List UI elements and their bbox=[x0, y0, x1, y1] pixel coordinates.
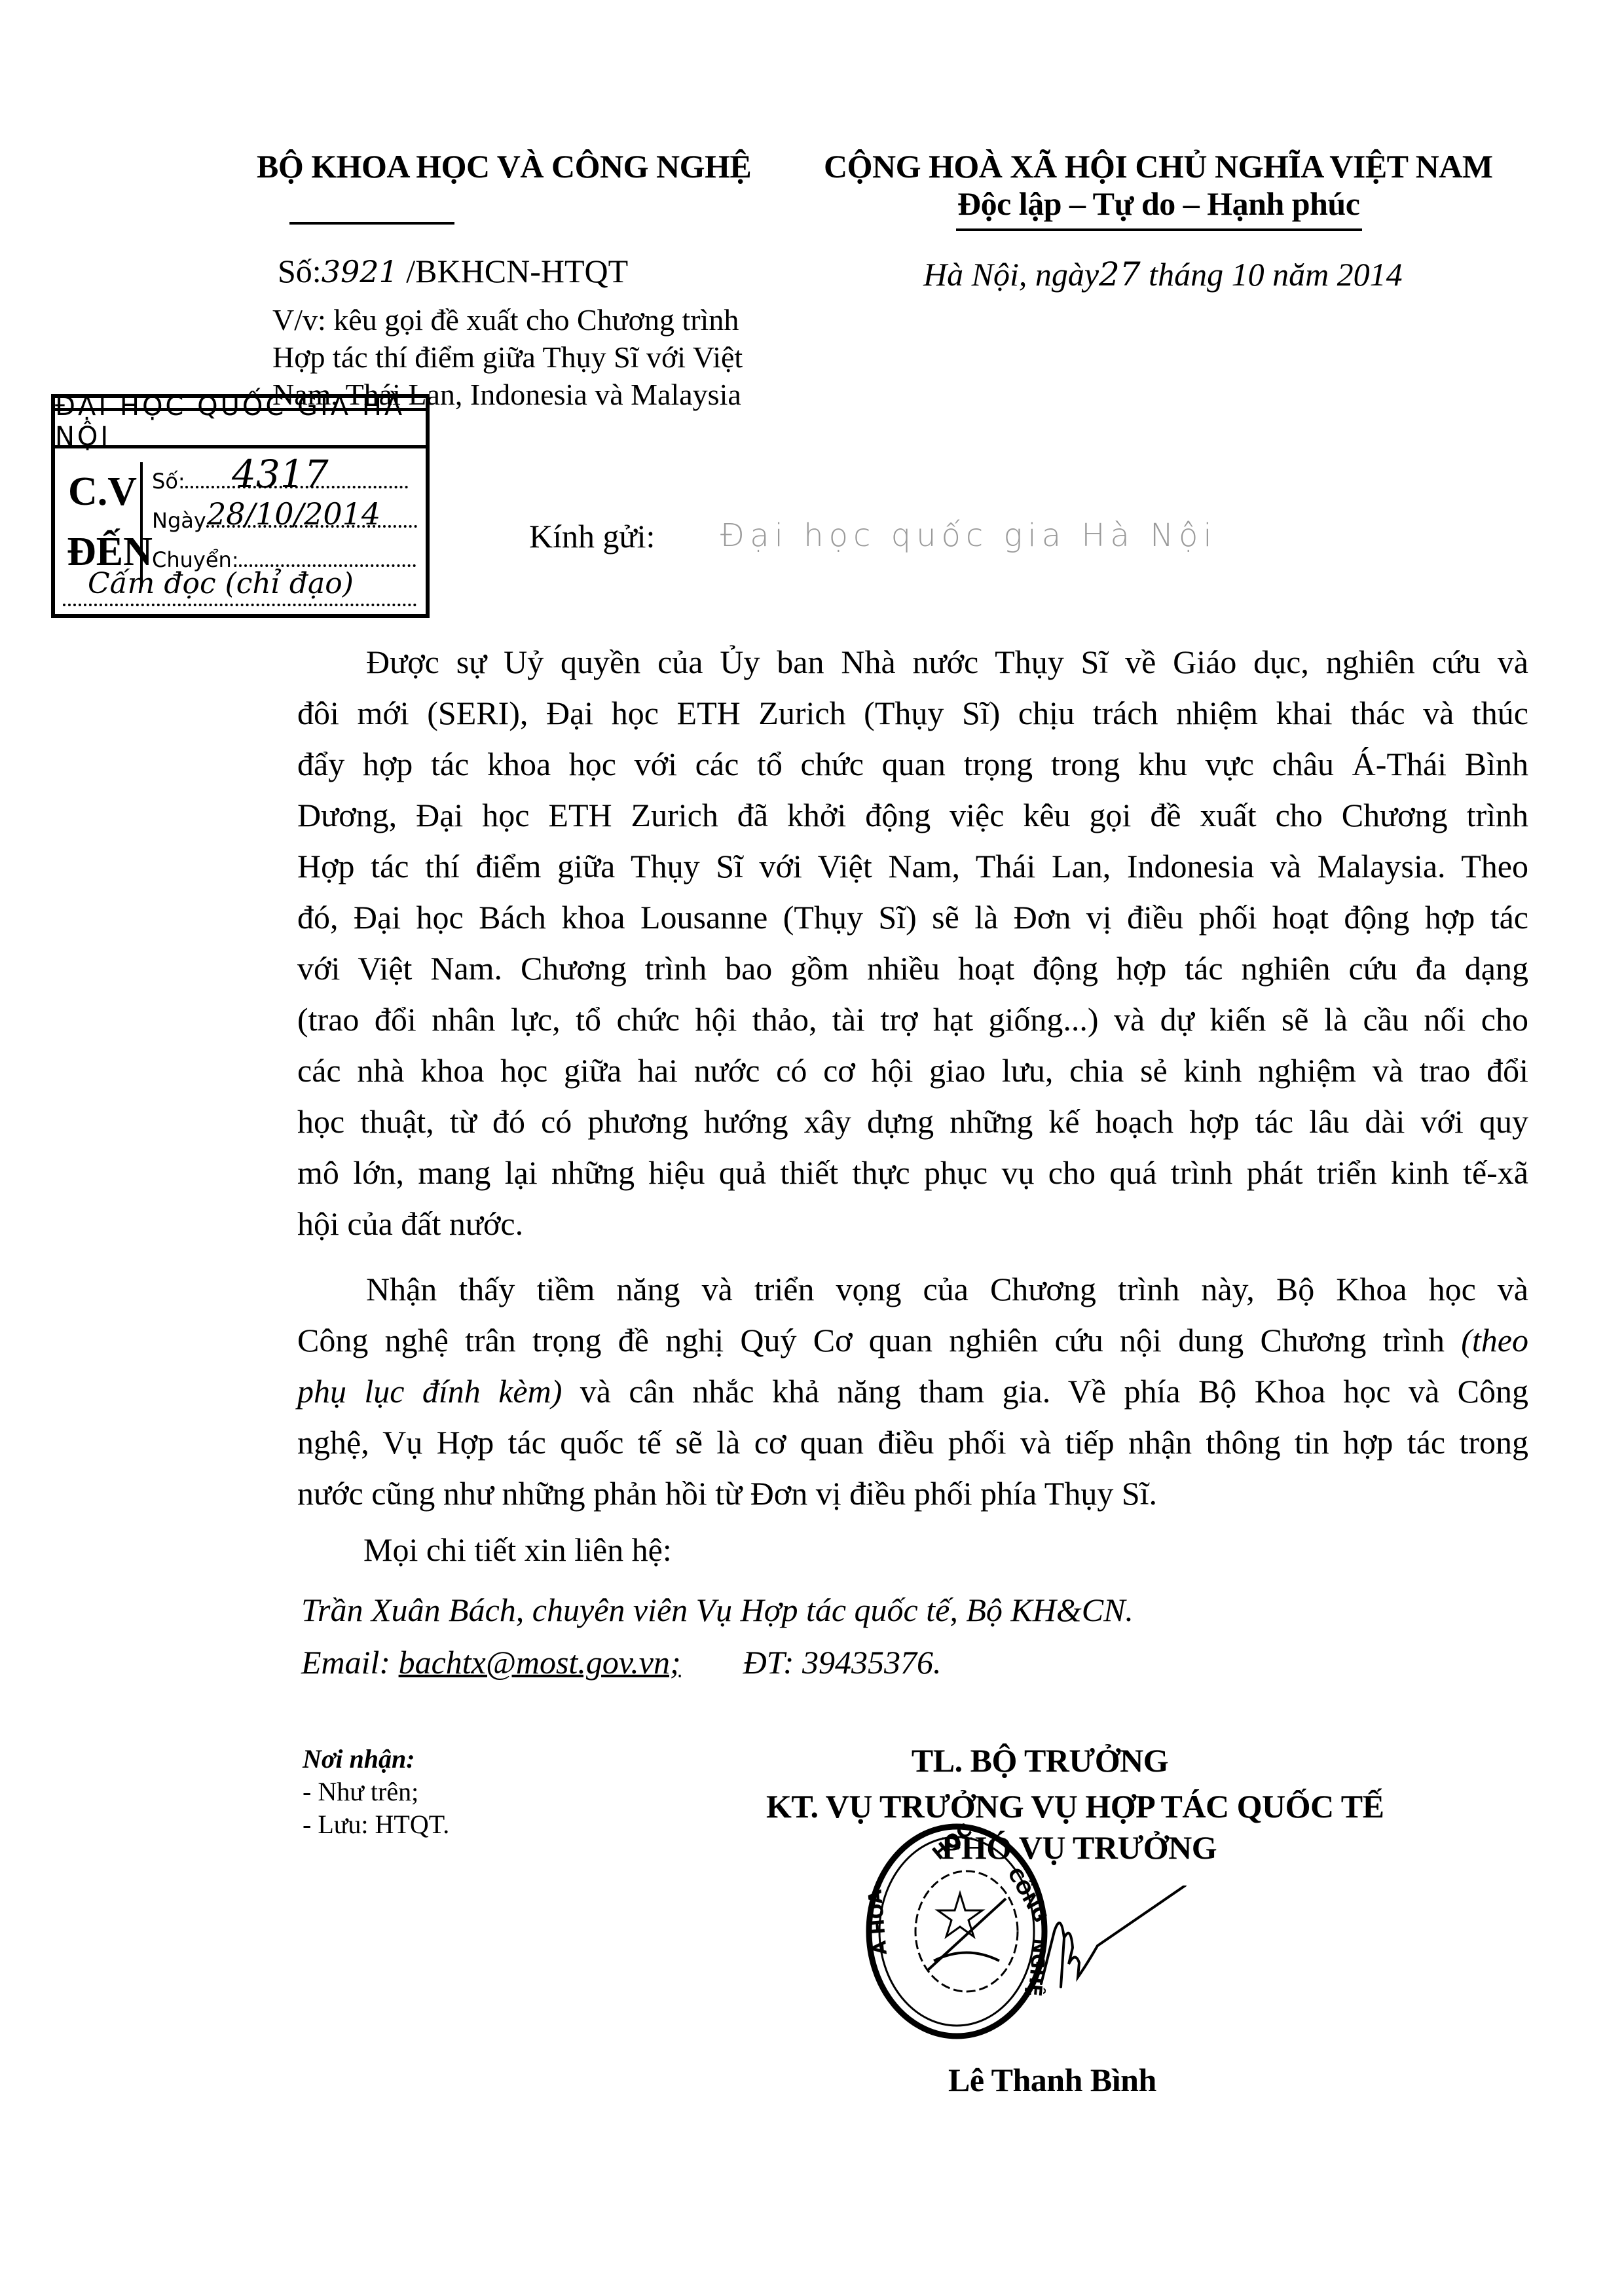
doc-number-suffix: /BKHCN-HTQT bbox=[406, 253, 628, 289]
body-line: mô lớn, mang lại những hiệu quả thiết th… bbox=[297, 1147, 1528, 1198]
recipients-item: - Lưu: HTQT. bbox=[303, 1808, 449, 1841]
subject-line: Hợp tác thí điểm giữa Thụy Sĩ với Việt bbox=[272, 338, 743, 376]
ministry-name: BỘ KHOA HỌC VÀ CÔNG NGHỆ bbox=[257, 147, 751, 185]
stamp-organization: ĐẠI HỌC QUỐC GIA HÀ NỘI bbox=[55, 398, 426, 448]
contact-intro: Mọi chi tiết xin liên hệ: bbox=[363, 1531, 672, 1569]
body-line: các nhà khoa học giữa hai nước có cơ hội… bbox=[297, 1045, 1528, 1096]
body-paragraph-1: Được sự Uỷ quyền của Ủy ban Nhà nước Thụ… bbox=[297, 636, 1528, 1249]
email-label: Email: bbox=[301, 1644, 390, 1681]
body-line: đẩy hợp tác khoa học với các tổ chức qua… bbox=[297, 738, 1528, 790]
recipient-handwritten: Đại học quốc gia Hà Nội bbox=[720, 517, 1217, 554]
body-paragraph-2: Nhận thấy tiềm năng và triển vọng của Ch… bbox=[297, 1264, 1528, 1519]
email-link[interactable]: bachtx@most.gov.vn; bbox=[399, 1644, 681, 1681]
doc-number-handwritten: 3921 bbox=[322, 254, 398, 289]
motto-underline bbox=[956, 228, 1362, 231]
recipients-item: - Như trên; bbox=[303, 1776, 449, 1808]
stamp-number-value: 4317 bbox=[232, 452, 329, 496]
stamp-date-label: Ngày bbox=[152, 508, 206, 533]
body-line: phụ lục đính kèm) và cân nhắc khả năng t… bbox=[297, 1366, 1528, 1417]
stamp-forward-value: Cấm đọc (chỉ đạo) bbox=[88, 567, 354, 600]
body-line: nước cũng như những phản hồi từ Đơn vị đ… bbox=[297, 1468, 1528, 1519]
ministry-underline bbox=[289, 222, 454, 225]
phone-label: ĐT: bbox=[743, 1644, 794, 1681]
doc-number-label: Số: bbox=[278, 253, 322, 289]
body-line: Dương, Đại học ETH Zurich đã khởi động v… bbox=[297, 790, 1528, 841]
place-date-prefix: Hà Nội, ngày bbox=[923, 256, 1099, 293]
signature-line-2: KT. VỤ TRƯỞNG VỤ HỢP TÁC QUỐC TẾ bbox=[766, 1787, 1384, 1825]
stamp-cv: C.V bbox=[68, 469, 137, 515]
body-line: (trao đổi nhân lực, tổ chức hội thảo, tà… bbox=[297, 994, 1528, 1045]
signature-line-1: TL. BỘ TRƯỞNG bbox=[758, 1741, 1321, 1779]
place-date-suffix: tháng 10 năm 2014 bbox=[1149, 256, 1403, 293]
contact-person: Trần Xuân Bách, chuyên viên Vụ Hợp tác q… bbox=[301, 1591, 1134, 1629]
signer-name: Lê Thanh Bình bbox=[948, 2061, 1156, 2099]
body-line: Được sự Uỷ quyền của Ủy ban Nhà nước Thụ… bbox=[297, 636, 1528, 687]
body-line: nghệ, Vụ Hợp tác quốc tế sẽ là cơ quan đ… bbox=[297, 1417, 1528, 1468]
document-number: Số:3921 /BKHCN-HTQT bbox=[278, 252, 628, 290]
body-line: đó, Đại học Bách khoa Lousanne (Thụy Sĩ)… bbox=[297, 892, 1528, 943]
contact-line: Email: bachtx@most.gov.vn; ĐT: 39435376. bbox=[301, 1643, 941, 1681]
republic-title: CỘNG HOÀ XÃ HỘI CHỦ NGHĨA VIỆT NAM bbox=[824, 147, 1493, 185]
body-line: Công nghệ trân trọng đề nghị Quý Cơ quan… bbox=[297, 1315, 1528, 1366]
day-handwritten: 27 bbox=[1099, 255, 1141, 293]
body-line: đôi mới (SERI), Đại học ETH Zurich (Thụy… bbox=[297, 687, 1528, 738]
official-seal-icon: A HOA HỌC CÔNG NGHỆ bbox=[862, 1820, 1052, 2043]
recipient-label: Kính gửi: bbox=[529, 517, 655, 555]
stamp-date-value: 28/10/2014 bbox=[207, 496, 380, 532]
body-line: học thuật, từ đó có phương hướng xây dựn… bbox=[297, 1096, 1528, 1147]
national-motto: Độc lập – Tự do – Hạnh phúc bbox=[957, 185, 1359, 223]
body-line: Nhận thấy tiềm năng và triển vọng của Ch… bbox=[297, 1264, 1528, 1315]
handwritten-signature-icon bbox=[1035, 1886, 1192, 1997]
phone-number: 39435376. bbox=[802, 1644, 942, 1681]
italic-annex-ref: phụ lục đính kèm) bbox=[297, 1373, 562, 1410]
received-stamp: ĐẠI HỌC QUỐC GIA HÀ NỘI C.V ĐẾN Số: 4317… bbox=[51, 394, 430, 618]
place-date: Hà Nội, ngày27 tháng 10 năm 2014 bbox=[923, 255, 1403, 293]
body-line: Hợp tác thí điểm giữa Thụy Sĩ với Việt N… bbox=[297, 841, 1528, 892]
subject-line: V/v: kêu gọi đề xuất cho Chương trình bbox=[272, 301, 743, 338]
stamp-number-label: Số: bbox=[152, 469, 185, 494]
italic-annex-ref: (theo bbox=[1461, 1322, 1528, 1358]
body-line: với Việt Nam. Chương trình bao gồm nhiều… bbox=[297, 943, 1528, 994]
recipients-title: Nơi nhận: bbox=[303, 1743, 449, 1776]
body-line: hội của đất nước. bbox=[297, 1198, 1528, 1249]
recipients-block: Nơi nhận: - Như trên; - Lưu: HTQT. bbox=[303, 1743, 449, 1841]
